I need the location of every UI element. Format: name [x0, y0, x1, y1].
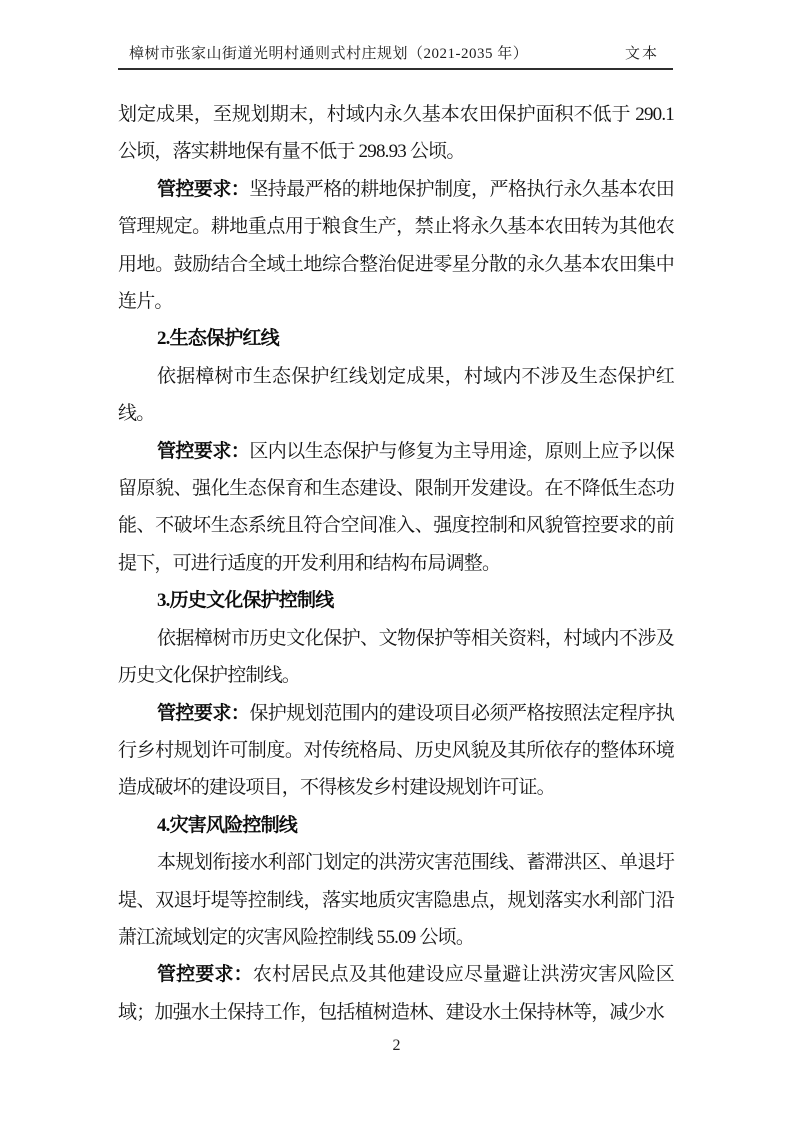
paragraph: 管控要求：保护规划范围内的建设项目必须严格按照法定程序执行乡村规划许可制度。对传… [118, 695, 674, 807]
paragraph: 依据樟树市历史文化保护、文物保护等相关资料，村域内不涉及历史文化保护控制线。 [118, 620, 674, 695]
paragraph: 管控要求：区内以生态保护与修复为主导用途，原则上应予以保留原貌、强化生态保育和生… [118, 433, 674, 583]
section-heading: 2.生态保护红线 [118, 320, 674, 357]
text-run: 依据樟树市生态保护红线划定成果，村域内不涉及生态保护红线。 [118, 366, 674, 424]
text-run: 依据樟树市历史文化保护、文物保护等相关资料，村域内不涉及历史文化保护控制线。 [118, 628, 674, 686]
paragraph: 划定成果，至规划期末，村域内永久基本农田保护面积不低于 290.1 公顷，落实耕… [118, 96, 674, 171]
paragraph: 依据樟树市生态保护红线划定成果，村域内不涉及生态保护红线。 [118, 358, 674, 433]
bold-label: 管控要求： [157, 179, 249, 200]
section-heading: 3.历史文化保护控制线 [118, 582, 674, 619]
document-body: 划定成果，至规划期末，村域内永久基本农田保护面积不低于 290.1 公顷，落实耕… [118, 96, 674, 1031]
page-number: 2 [0, 1037, 793, 1055]
page-header: 樟树市张家山街道光明村通则式村庄规划（2021-2035 年） 文本 [118, 42, 673, 70]
paragraph: 管控要求：坚持最严格的耕地保护制度，严格执行永久基本农田管理规定。耕地重点用于粮… [118, 171, 674, 321]
bold-label: 管控要求： [157, 441, 249, 462]
header-doc-type-label: 文本 [625, 42, 673, 63]
section-heading: 4.灾害风险控制线 [118, 807, 674, 844]
paragraph: 本规划衔接水利部门划定的洪涝灾害范围线、蓄滞洪区、单退圩堤、双退圩堤等控制线，落… [118, 844, 674, 956]
paragraph: 管控要求：农村居民点及其他建设应尽量避让洪涝灾害风险区域；加强水土保持工作，包括… [118, 956, 674, 1031]
document-page: 樟树市张家山街道光明村通则式村庄规划（2021-2035 年） 文本 划定成果，… [0, 0, 793, 1122]
text-run: 本规划衔接水利部门划定的洪涝灾害范围线、蓄滞洪区、单退圩堤、双退圩堤等控制线，落… [118, 852, 674, 948]
text-run: 划定成果，至规划期末，村域内永久基本农田保护面积不低于 290.1 公顷，落实耕… [118, 104, 674, 162]
bold-label: 管控要求： [157, 964, 253, 985]
header-title: 樟树市张家山街道光明村通则式村庄规划（2021-2035 年） [118, 42, 528, 63]
bold-label: 管控要求： [157, 703, 249, 724]
